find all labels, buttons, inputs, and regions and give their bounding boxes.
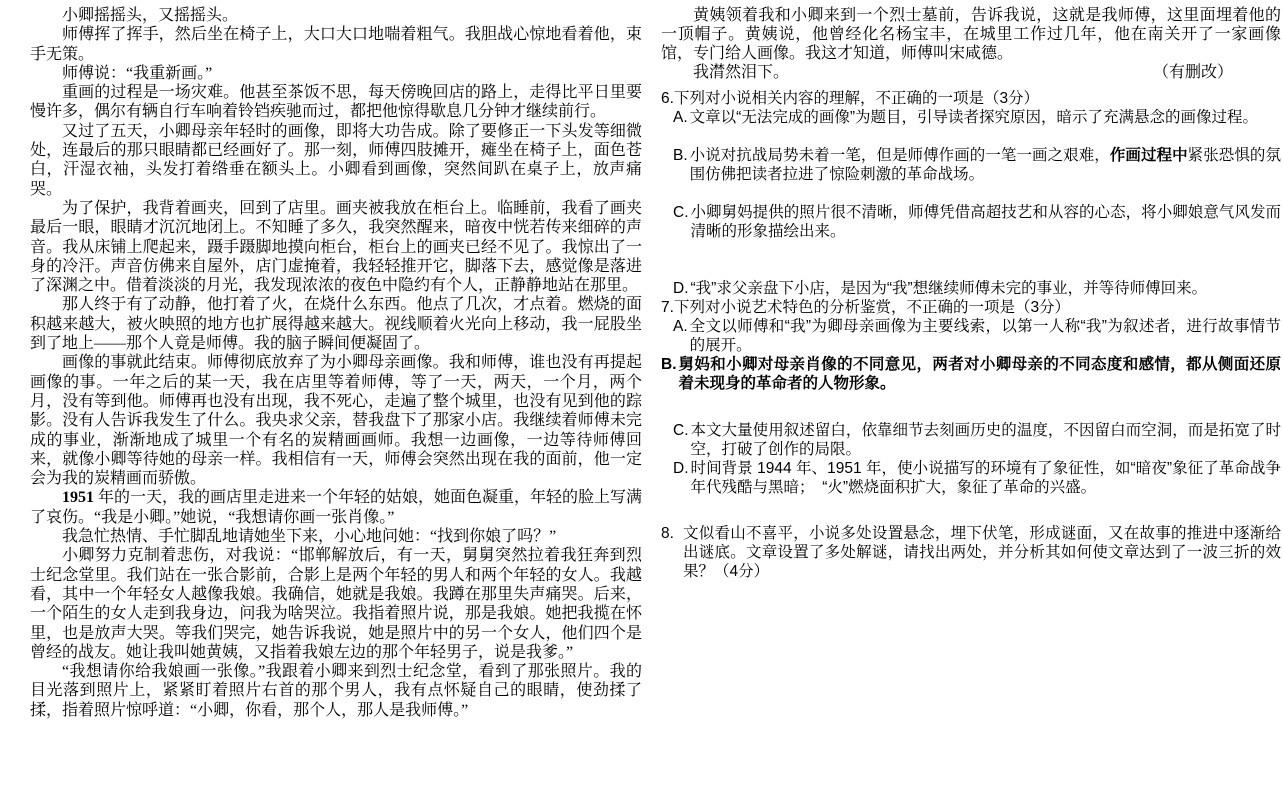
option-text-b: 舅妈和小卿对母亲肖像的不同意见，两者对小卿母亲的不同态度和感情，都从侧面还原着未… [679, 355, 1282, 393]
option-label-d: D. [673, 279, 691, 298]
question-7-option-a: A. 全文以师傅和“我”为卿母亲画像为主要线索，以第一人称“我”为叙述者，进行故… [673, 317, 1281, 355]
passage-paragraph: 重画的过程是一场灾难。他甚至茶饭不思，每天傍晚回店的路上，走得比平日里要慢许多，… [30, 83, 642, 122]
passage-paragraph: 小卿努力克制着悲伤，对我说：“邯郸解放后，有一天，舅舅突然拉着我狂奔到烈士纪念堂… [30, 546, 642, 662]
question-6-option-c: C. 小卿舅妈提供的照片很不清晰，师傅凭借高超技艺和从容的心态，将小卿娘意气风发… [673, 203, 1281, 241]
option-b-bold-phrase: 作画过程中 [1110, 147, 1188, 164]
edit-note: （有删改） [1153, 63, 1233, 82]
option-text-d: “我”求父亲盘下小店，是因为“我”想继续师傅未完的事业，并等待师傅回来。 [691, 279, 1282, 298]
option-text-d: 时间背景 1944 年、1951 年，使小说描写的环境有了象征性，如“暗夜”象征… [691, 459, 1282, 497]
question-7-number: 7. [661, 299, 674, 316]
option-text-b: 小说对抗战局势未着一笔，但是师傅作画的一笔一画之艰难，作画过程中紧张恐惧的氛围仿… [690, 146, 1281, 184]
passage-paragraph: 又过了五天，小卿母亲年轻时的画像，即将大功告成。除了要修正一下头发等细微处，连最… [30, 122, 642, 199]
passage-paragraph: 画像的事就此结束。师傅彻底放弃了为小卿母亲画像。我和师傅，谁也没有再提起画像的事… [30, 353, 642, 488]
option-text-a: 全文以师傅和“我”为卿母亲画像为主要线索，以第一人称“我”为叙述者，进行故事情节… [690, 317, 1281, 355]
question-7: 7.下列对小说艺术特色的分析鉴赏，不正确的一项是（3分） A. 全文以师傅和“我… [661, 298, 1281, 497]
passage-paragraph: 小卿摇摇头，又摇摇头。 [30, 6, 642, 25]
question-6-stem: 6.下列对小说相关内容的理解，不正确的一项是（3分） [661, 89, 1281, 108]
question-7-option-b: B. 舅妈和小卿对母亲肖像的不同意见，两者对小卿母亲的不同态度和感情，都从侧面还… [661, 355, 1281, 393]
question-6-option-a: A. 文章以“无法完成的画像”为题目，引导读者探究原因，暗示了充满悬念的画像过程… [673, 108, 1281, 127]
option-label-a: A. [673, 108, 690, 127]
passage-paragraph: 师傅挥了挥手，然后坐在椅子上，大口大口地喘着粗气。我胆战心惊地看着他，束手无策。 [30, 25, 642, 64]
passage-paragraph: 那人终于有了动静，他打着了火，在烧什么东西。他点了几次，才点着。燃烧的面积越来越… [30, 295, 642, 353]
questions-column: 黄姨领着我和小卿来到一个烈士墓前，告诉我说，这就是我师傅，这里面埋着他的一顶帽子… [661, 6, 1281, 581]
option-label-b: B. [673, 146, 690, 184]
passage-ending-paragraph: 黄姨领着我和小卿来到一个烈士墓前，告诉我说，这就是我师傅，这里面埋着他的一顶帽子… [661, 6, 1281, 63]
option-text-c: 小卿舅妈提供的照片很不清晰，师傅凭借高超技艺和从容的心态，将小卿娘意气风发而清晰… [691, 203, 1282, 241]
option-label-c: C. [673, 421, 691, 459]
question-8-text: 文似看山不喜平，小说多处设置悬念，埋下伏笔，形成谜面，又在故事的推进中逐渐给出谜… [683, 524, 1281, 581]
question-7-option-d: D. 时间背景 1944 年、1951 年，使小说描写的环境有了象征性，如“暗夜… [673, 459, 1281, 497]
question-7-stem: 7.下列对小说艺术特色的分析鉴赏，不正确的一项是（3分） [661, 298, 1281, 317]
passage-paragraph: 师傅说：“我重新画。” [30, 64, 642, 83]
passage-column: 小卿摇摇头，又摇摇头。 师傅挥了挥手，然后坐在椅子上，大口大口地喘着粗气。我胆战… [30, 6, 642, 720]
question-6-stem-text: 下列对小说相关内容的理解，不正确的一项是（3分） [674, 90, 1039, 107]
question-6: 6.下列对小说相关内容的理解，不正确的一项是（3分） A. 文章以“无法完成的画… [661, 89, 1281, 298]
passage-paragraph-1951-text: 年的一天，我的画店里走进来一个年轻的姑娘，她面色凝重，年轻的脸上写满了哀伤。“我… [30, 489, 642, 525]
year-1951: 1951 [62, 489, 94, 506]
question-6-number: 6. [661, 90, 674, 107]
passage-final-line: 我潸然泪下。 [661, 63, 789, 82]
passage-paragraph: “我想请你给我娘画一张像。”我跟着小卿来到烈士纪念堂，看到了那张照片。我的目光落… [30, 662, 642, 720]
option-label-a: A. [673, 317, 690, 355]
option-label-b: B. [661, 355, 679, 393]
passage-paragraph: 我急忙热情、手忙脚乱地请她坐下来，小心地问她：“找到你娘了吗？” [30, 527, 642, 546]
question-7-stem-text: 下列对小说艺术特色的分析鉴赏，不正确的一项是（3分） [674, 299, 1070, 316]
option-label-c: C. [673, 203, 691, 241]
question-6-option-b: B. 小说对抗战局势未着一笔，但是师傅作画的一笔一画之艰难，作画过程中紧张恐惧的… [673, 146, 1281, 184]
passage-paragraph: 为了保护，我背着画夹，回到了店里。画夹被我放在柜台上。临睡前，我看了画夹最后一眼… [30, 199, 642, 295]
option-label-d: D. [673, 459, 691, 497]
question-7-option-c: C. 本文大量使用叙述留白，依靠细节去刻画历史的温度，不因留白而空洞，而是拓宽了… [673, 421, 1281, 459]
question-8-number: 8. [661, 524, 683, 581]
exam-page: 小卿摇摇头，又摇摇头。 师傅挥了挥手，然后坐在椅子上，大口大口地喘着粗气。我胆战… [0, 0, 1283, 800]
option-text-a: 文章以“无法完成的画像”为题目，引导读者探究原因，暗示了充满悬念的画像过程。 [690, 108, 1281, 127]
option-b-regular: 小说对抗战局势未着一笔，但是师傅作画的一笔一画之艰难， [690, 147, 1110, 164]
question-8: 8. 文似看山不喜平，小说多处设置悬念，埋下伏笔，形成谜面，又在故事的推进中逐渐… [661, 524, 1281, 581]
question-6-option-d: D. “我”求父亲盘下小店，是因为“我”想继续师傅未完的事业，并等待师傅回来。 [673, 279, 1281, 298]
option-text-c: 本文大量使用叙述留白，依靠细节去刻画历史的温度，不因留白而空洞，而是拓宽了时空，… [691, 421, 1282, 459]
passage-paragraph-1951: 1951 年的一天，我的画店里走进来一个年轻的姑娘，她面色凝重，年轻的脸上写满了… [30, 488, 642, 527]
passage-final-line-row: 我潸然泪下。 （有删改） [661, 63, 1281, 82]
